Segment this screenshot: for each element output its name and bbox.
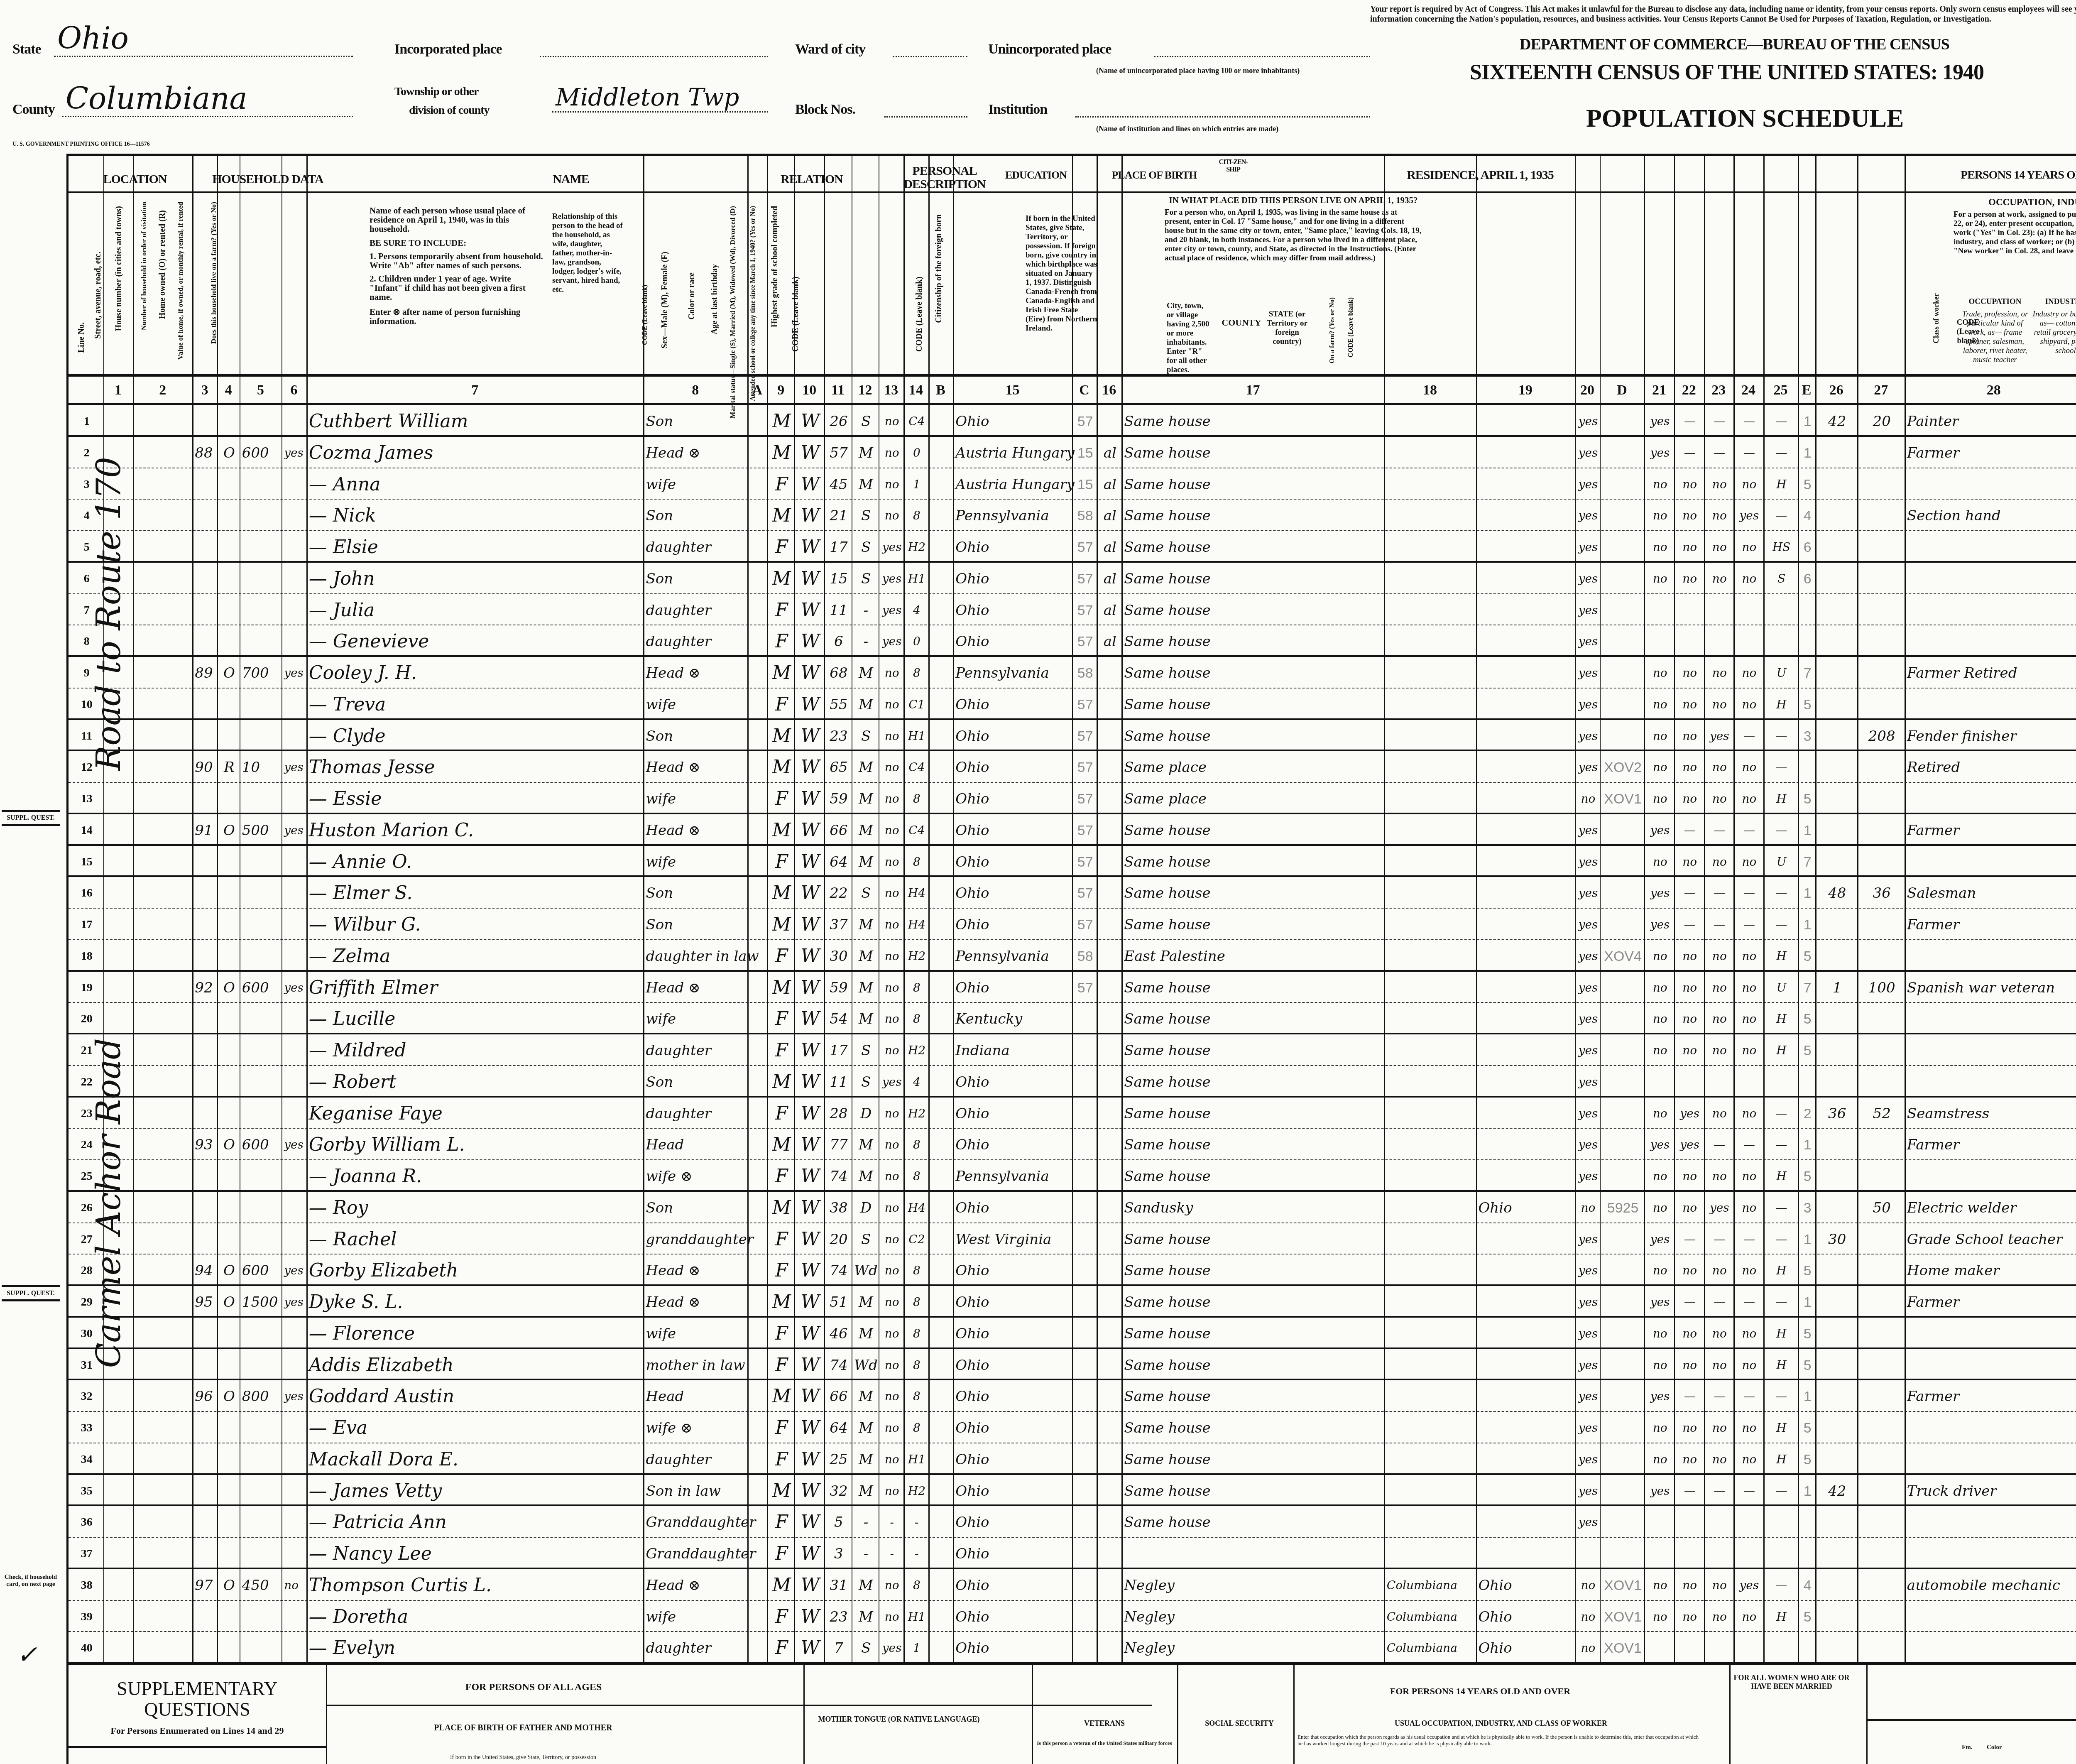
cell-sch: no (881, 880, 903, 907)
cell-rel: wife (646, 785, 747, 813)
cell-rfarm: yes (1577, 597, 1599, 624)
cell-c22: no (1677, 754, 1703, 781)
cell-rel: Head ⊗ (646, 439, 747, 467)
cell-e: 7 (1800, 974, 1814, 1002)
cell-rcode (1602, 502, 1643, 529)
cell-c27 (1860, 502, 1903, 529)
column-divider (306, 156, 308, 1663)
cell-farm (284, 723, 306, 750)
cell-rfarm: no (1577, 1603, 1599, 1631)
cell-rfarm: yes (1577, 534, 1599, 561)
cell-c22: no (1677, 1352, 1703, 1379)
cell-occ (1907, 1540, 2076, 1568)
cell-own (220, 1414, 239, 1442)
cell-name: — Genevieve (309, 628, 643, 655)
cell-bp: Ohio (955, 691, 1071, 718)
page-header: State Ohio County Columbiana Incorporate… (0, 0, 2076, 154)
cell-rstate (1479, 597, 1574, 624)
cell-own: O (220, 439, 239, 467)
cell-c26 (1818, 1068, 1856, 1096)
cell-sex: M (770, 439, 794, 467)
cell-sex: M (770, 1068, 794, 1096)
cell-c25: — (1766, 1100, 1797, 1127)
cell-rcode (1602, 1352, 1643, 1379)
cell-c23: no (1706, 534, 1733, 561)
cell-age: 15 (827, 565, 851, 593)
cell-occ (1907, 848, 2076, 876)
cell-name: — Anna (309, 471, 643, 498)
cell-rcounty (1387, 1383, 1475, 1410)
cell-own (220, 880, 239, 907)
cell-hh: 96 (195, 1383, 216, 1410)
cell-race: W (797, 1100, 823, 1127)
cell-e: 1 (1800, 1289, 1814, 1316)
occupation-instructions: For a person at work, assigned to public… (1954, 210, 2076, 256)
cell-c24: — (1736, 1289, 1763, 1316)
cell-c27: 208 (1860, 723, 1903, 750)
census-title: SIXTEENTH CENSUS OF THE UNITED STATES: 1… (1470, 60, 1984, 85)
cell-age: 68 (827, 659, 851, 687)
cell-bp: Ohio (955, 1194, 1071, 1222)
cell-grade: H1 (906, 723, 928, 750)
cell-bp: Ohio (955, 597, 1071, 624)
cell-occ: Grade School teacher (1907, 1226, 2076, 1253)
cell-bp: Ohio (955, 1572, 1071, 1599)
cell-grade: H2 (906, 1037, 928, 1064)
cell-c26 (1818, 1446, 1856, 1473)
cell-sex: F (770, 1509, 794, 1536)
cell-rel: daughter (646, 1037, 747, 1064)
cell-sch: no (881, 439, 903, 467)
cell-age: 37 (827, 911, 851, 938)
cell-sch: no (881, 691, 903, 718)
include-rule-2: 2. Children under 1 year of age. Write "… (370, 274, 544, 301)
cell-val: 600 (242, 1131, 281, 1159)
cell-c22: no (1677, 785, 1703, 813)
column-number: 7 (306, 382, 644, 398)
cell-rfarm: yes (1577, 1226, 1599, 1253)
cell-c24: no (1736, 1414, 1763, 1442)
cell-cit: al (1099, 471, 1121, 498)
cell-cit (1099, 1477, 1121, 1505)
supp-quest-marker-line-29: SUPPL. QUEST. (2, 1285, 60, 1301)
cell-c21 (1647, 1540, 1673, 1568)
cell-c21: no (1647, 943, 1673, 970)
married-women-header: FOR ALL WOMEN WHO ARE OR HAVE BEEN MARRI… (1729, 1673, 1854, 1691)
cell-c25: HS (1766, 534, 1797, 561)
cell-bpcode: 58 (1075, 502, 1096, 529)
cell-rfarm: no (1577, 1634, 1599, 1662)
cell-own (220, 471, 239, 498)
cell-line: 18 (71, 943, 103, 970)
cell-c23: no (1706, 502, 1733, 529)
cell-c27 (1860, 1540, 1903, 1568)
household-card-check-note: Check, if household card, on next page (2, 1574, 60, 1588)
cell-cit (1099, 1383, 1121, 1410)
column-divider (240, 156, 240, 1663)
printing-office-note: U. S. GOVERNMENT PRINTING OFFICE 16—1157… (12, 141, 150, 148)
block-field (884, 116, 967, 118)
cell-name: — Robert (309, 1068, 643, 1096)
cell-own (220, 1634, 239, 1662)
cell-rfarm: yes (1577, 974, 1599, 1002)
cell-c22: no (1677, 691, 1703, 718)
cell-grade: H1 (906, 1446, 928, 1473)
cell-occ (1907, 1509, 2076, 1536)
cell-rstate (1479, 1163, 1574, 1190)
column-divider (747, 156, 749, 1663)
cell-c27: 50 (1860, 1194, 1903, 1222)
cell-rstate (1479, 1100, 1574, 1127)
cell-sex: F (770, 1320, 794, 1347)
cell-farm (284, 597, 306, 624)
cell-c21 (1647, 628, 1673, 655)
cell-c26 (1818, 848, 1856, 876)
cell-rcounty (1387, 1194, 1475, 1222)
cell-bp: Ohio (955, 1289, 1071, 1316)
cell-rcounty (1387, 628, 1475, 655)
cell-name: — Patricia Ann (309, 1509, 643, 1536)
cell-c26 (1818, 534, 1856, 561)
cell-rstate (1479, 1352, 1574, 1379)
cell-bpcode (1075, 1414, 1096, 1442)
cell-bp: Ohio (955, 1068, 1071, 1096)
incorporated-place-label: Incorporated place (394, 42, 502, 57)
cell-race: W (797, 1414, 823, 1442)
cell-c21: no (1647, 785, 1673, 813)
cell-c23 (1706, 1634, 1733, 1662)
cell-rstate (1479, 943, 1574, 970)
cell-cit (1099, 1194, 1121, 1222)
cell-race: W (797, 1603, 823, 1631)
cell-mar: - (854, 628, 878, 655)
column-number: A (747, 382, 767, 398)
column-divider (1704, 156, 1705, 1663)
cell-bpcode (1075, 1005, 1096, 1033)
cell-c26: 42 (1818, 408, 1856, 435)
cell-rcode (1602, 1100, 1643, 1127)
cell-sch: - (881, 1540, 903, 1568)
cell-age: 11 (827, 597, 851, 624)
cell-c22: — (1677, 1477, 1703, 1505)
cell-c21: no (1647, 1572, 1673, 1599)
cell-name: — Joanna R. (309, 1163, 643, 1190)
cell-hh: 97 (195, 1572, 216, 1599)
cell-hh: 94 (195, 1257, 216, 1284)
cell-occ: Spanish war veteran (1907, 974, 2076, 1002)
column-divider (903, 156, 905, 1663)
cell-sch: yes (881, 597, 903, 624)
cell-hh (195, 502, 216, 529)
cell-c21: yes (1647, 1131, 1673, 1159)
cell-c23: — (1706, 1477, 1733, 1505)
cell-age: 23 (827, 1603, 851, 1631)
cell-age: 65 (827, 754, 851, 781)
cell-hh (195, 1603, 216, 1631)
cell-mar: M (854, 1477, 878, 1505)
cell-c27: 36 (1860, 880, 1903, 907)
cell-c26 (1818, 1289, 1856, 1316)
cell-bpcode (1075, 1257, 1096, 1284)
cell-rcode (1602, 1446, 1643, 1473)
cell-rcounty (1387, 691, 1475, 718)
cell-hh (195, 723, 216, 750)
column-number: 15 (953, 382, 1072, 398)
cell-rcode (1602, 628, 1643, 655)
cell-race: W (797, 1572, 823, 1599)
cell-rel: Head ⊗ (646, 974, 747, 1002)
township-label-1: Township or other (394, 85, 478, 98)
cell-c23: yes (1706, 723, 1733, 750)
cell-c26 (1818, 502, 1856, 529)
cell-sch: yes (881, 1634, 903, 1662)
cell-e: 5 (1800, 1352, 1814, 1379)
cell-occ: automobile mechanic (1907, 1572, 2076, 1599)
cell-age: 3 (827, 1540, 851, 1568)
cell-sex: F (770, 1603, 794, 1631)
cell-age: 74 (827, 1352, 851, 1379)
cell-own (220, 1446, 239, 1473)
cell-race: W (797, 943, 823, 970)
cell-c24: — (1736, 723, 1763, 750)
cell-hh (195, 1100, 216, 1127)
cell-c23: no (1706, 785, 1733, 813)
cell-c27 (1860, 565, 1903, 593)
street-annotation-2: Carmel Achor Road (89, 1038, 128, 1368)
institution-label: Institution (988, 102, 1047, 118)
cell-val (242, 1068, 281, 1096)
cell-c25: H (1766, 1320, 1797, 1347)
cell-grade: 0 (906, 439, 928, 467)
cell-c21: no (1647, 1163, 1673, 1190)
cell-grade: H4 (906, 1194, 928, 1222)
group-location: LOCATION (93, 173, 176, 186)
cell-c25: — (1766, 911, 1797, 938)
cell-val (242, 408, 281, 435)
cell-name: — Nick (309, 502, 643, 529)
cell-bpcode (1075, 1320, 1096, 1347)
cell-c27 (1860, 439, 1903, 467)
cell-rel: Son (646, 723, 747, 750)
cell-rfarm: yes (1577, 754, 1599, 781)
value-header: Value of home, if owned, or monthly rent… (176, 202, 185, 360)
cell-occ: Fender finisher (1907, 723, 2076, 750)
cell-c26 (1818, 1352, 1856, 1379)
group-education: EDUCATION (982, 169, 1090, 182)
cell-c25: H (1766, 1603, 1797, 1631)
cell-c26 (1818, 1603, 1856, 1631)
column-divider (1733, 156, 1735, 1663)
cell-c27: 100 (1860, 974, 1903, 1002)
column-number: 1 (103, 382, 133, 398)
cell-e: 5 (1800, 1320, 1814, 1347)
column-divider (1121, 156, 1123, 1663)
cell-c24: — (1736, 408, 1763, 435)
cell-age: 6 (827, 628, 851, 655)
code-b-header: CODE (Leave blank) (791, 277, 801, 352)
cell-res: Same house (1124, 565, 1383, 593)
cell-val (242, 691, 281, 718)
cell-val (242, 1352, 281, 1379)
group-employment: PERSONS 14 YEARS OLD AND OVER—EMPLOYMENT… (1729, 169, 2076, 182)
cell-cit (1099, 1446, 1121, 1473)
cell-cit (1099, 1037, 1121, 1064)
street-header: Street, avenue, road, etc. (93, 252, 103, 339)
cell-hh (195, 1477, 216, 1505)
cell-occ (1907, 1068, 2076, 1096)
cell-val (242, 1005, 281, 1033)
cell-bp: Ohio (955, 1540, 1071, 1568)
cell-name: Addis Elizabeth (309, 1352, 643, 1379)
cell-grade: 8 (906, 1257, 928, 1284)
cell-rfarm: yes (1577, 1037, 1599, 1064)
cell-sch: no (881, 1352, 903, 1379)
cell-c23: — (1706, 439, 1733, 467)
cell-rcounty (1387, 1131, 1475, 1159)
cell-line: 39 (71, 1603, 103, 1631)
cell-rel: Head ⊗ (646, 659, 747, 687)
cell-farm: yes (284, 439, 306, 467)
cell-grade: 8 (906, 1005, 928, 1033)
cell-bpcode (1075, 1383, 1096, 1410)
cell-res: Same house (1124, 1163, 1383, 1190)
cell-name: — Rachel (309, 1226, 643, 1253)
cell-c22: no (1677, 502, 1703, 529)
cell-bpcode (1075, 1572, 1096, 1599)
cell-grade: 4 (906, 1068, 928, 1096)
cell-c26 (1818, 1037, 1856, 1064)
cell-farm (284, 1068, 306, 1096)
cell-c23: — (1706, 1226, 1733, 1253)
cell-sch: no (881, 974, 903, 1002)
cell-rel: Head ⊗ (646, 754, 747, 781)
cell-occ: Home maker (1907, 1257, 2076, 1284)
cell-occ: Truck driver (1907, 1477, 2076, 1505)
cell-sex: F (770, 1005, 794, 1033)
cell-name: — Essie (309, 785, 643, 813)
cell-c24 (1736, 1509, 1763, 1536)
cell-c26 (1818, 817, 1856, 844)
cell-c25: — (1766, 502, 1797, 529)
cell-c23: — (1706, 1131, 1733, 1159)
cell-rcounty (1387, 439, 1475, 467)
cell-rstate (1479, 1037, 1574, 1064)
cell-c26: 42 (1818, 1477, 1856, 1505)
cell-rcode (1602, 1037, 1643, 1064)
footer-divider (803, 1665, 805, 1764)
sex-header: Sex—Male (M), Female (F) (660, 252, 670, 348)
column-divider (282, 156, 282, 1663)
column-number: B (928, 382, 953, 398)
column-number: 23 (1704, 382, 1734, 398)
cell-rfarm: yes (1577, 628, 1599, 655)
cell-own (220, 565, 239, 593)
cell-c21: no (1647, 1037, 1673, 1064)
cell-val: 600 (242, 439, 281, 467)
cell-mar: M (854, 1603, 878, 1631)
cell-mar: M (854, 754, 878, 781)
cell-hh (195, 565, 216, 593)
cell-c21: yes (1647, 439, 1673, 467)
cell-rcode (1602, 848, 1643, 876)
cell-rcode (1602, 691, 1643, 718)
column-number: 10 (794, 382, 824, 398)
cell-grade: C4 (906, 754, 928, 781)
cell-rstate: Ohio (1479, 1572, 1574, 1599)
cell-rel: Son (646, 1068, 747, 1096)
cell-rcounty (1387, 659, 1475, 687)
cell-line: 20 (71, 1005, 103, 1033)
cell-c27 (1860, 1226, 1903, 1253)
cell-rcounty (1387, 1289, 1475, 1316)
cell-sch: no (881, 754, 903, 781)
cell-c22: no (1677, 1572, 1703, 1599)
cell-c23 (1706, 628, 1733, 655)
cell-mar: M (854, 943, 878, 970)
cell-val (242, 1414, 281, 1442)
cell-mar: M (854, 1320, 878, 1347)
cell-farm: no (284, 1572, 306, 1599)
cell-c27 (1860, 848, 1903, 876)
cell-farm (284, 628, 306, 655)
column-number: 11 (824, 382, 852, 398)
cell-e (1800, 597, 1814, 624)
column-number: 9 (767, 382, 795, 398)
state-field: Ohio (54, 21, 353, 57)
cell-rcode (1602, 1509, 1643, 1536)
cell-bpcode (1075, 1634, 1096, 1662)
cell-c21 (1647, 1634, 1673, 1662)
cell-bpcode: 57 (1075, 565, 1096, 593)
cell-name: Cuthbert William (309, 408, 643, 435)
cell-sch: no (881, 1320, 903, 1347)
cell-occ (1907, 628, 2076, 655)
footer-divider (1293, 1665, 1295, 1764)
cell-grade: H1 (906, 1603, 928, 1631)
cell-mar: M (854, 1572, 878, 1599)
cell-rcounty (1387, 974, 1475, 1002)
cell-own (220, 1352, 239, 1379)
column-number: 2 (133, 382, 192, 398)
cell-farm (284, 691, 306, 718)
cell-own (220, 1068, 239, 1096)
cell-age: 46 (827, 1320, 851, 1347)
cell-sex: F (770, 1414, 794, 1442)
cell-name: Gorby William L. (309, 1131, 643, 1159)
cell-c26 (1818, 1509, 1856, 1536)
cell-e: 5 (1800, 1603, 1814, 1631)
cell-sex: F (770, 1226, 794, 1253)
cell-rcode (1602, 1163, 1643, 1190)
cell-rel: wife ⊗ (646, 1163, 747, 1190)
cell-bpcode (1075, 1352, 1096, 1379)
cell-val (242, 534, 281, 561)
cell-age: 11 (827, 1068, 851, 1096)
cell-race: W (797, 848, 823, 876)
office-label-fm: Fm. (1962, 1744, 1972, 1751)
cell-c25: — (1766, 1131, 1797, 1159)
cell-line: 1 (71, 408, 103, 435)
cell-c24: no (1736, 1163, 1763, 1190)
cell-res: Same house (1124, 1068, 1383, 1096)
cell-c22: — (1677, 880, 1703, 907)
cell-c24: no (1736, 1257, 1763, 1284)
cell-race: W (797, 1005, 823, 1033)
cell-hh: 91 (195, 817, 216, 844)
cell-c26 (1818, 1005, 1856, 1033)
cell-val (242, 1540, 281, 1568)
cell-grade: 8 (906, 502, 928, 529)
